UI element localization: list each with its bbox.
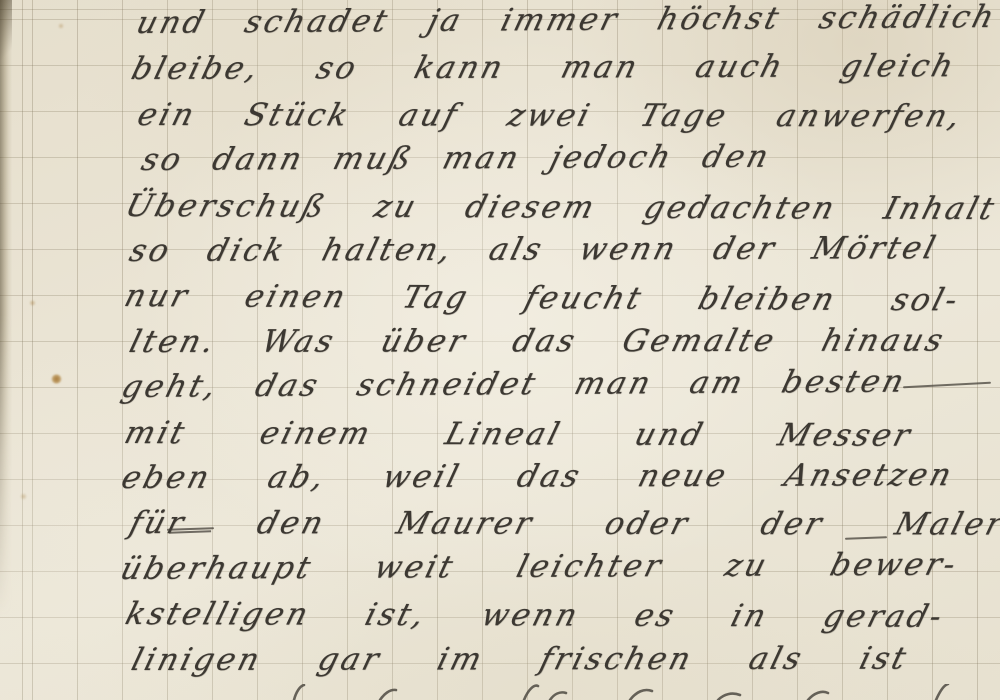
handwriting-line: überhaupt weit leichter zu bewer- — [117, 549, 962, 586]
handwriting-line: lten. Was über das Gemalte hinaus — [126, 325, 949, 359]
handwriting-line: mit einem Lineal und Messer — [121, 417, 916, 452]
handwriting-line: ein Stück auf zwei Tage anwerfen, — [134, 99, 966, 133]
handwriting-line: nur einen Tag feucht bleiben sol- — [121, 280, 964, 317]
handwriting-line: geht, das schneidet man am besten — [118, 366, 910, 404]
page-edge-shadow — [0, 0, 12, 700]
handwriting-line: so dann muß man jedoch den — [138, 141, 774, 177]
handwriting-line: kstelligen ist, wenn es in gerad- — [122, 598, 948, 633]
foxing-spot — [51, 374, 62, 384]
handwriting-line: und schadet ja immer höchst schädlich — [133, 1, 1000, 40]
clipped-handwriting-strokes — [288, 684, 978, 700]
deletion-underline-mark — [167, 527, 214, 531]
foxing-spot — [29, 300, 36, 306]
manuscript-page: und schadet ja immer höchst schädlich bl… — [0, 0, 1000, 700]
handwriting-line: bleibe, so kann man auch gleich — [128, 50, 959, 85]
foxing-spot — [20, 493, 27, 500]
handwriting-line: linigen gar im frischen als ist — [128, 643, 912, 677]
handwriting-line: eben ab, weil das neue Ansetzen — [118, 459, 957, 494]
foxing-spot — [58, 23, 64, 29]
handwriting-line: so dick halten, als wenn der Mörtel — [126, 232, 941, 267]
handwriting-line: Überschuß zu diesem gedachten Inhalt — [122, 190, 1000, 226]
